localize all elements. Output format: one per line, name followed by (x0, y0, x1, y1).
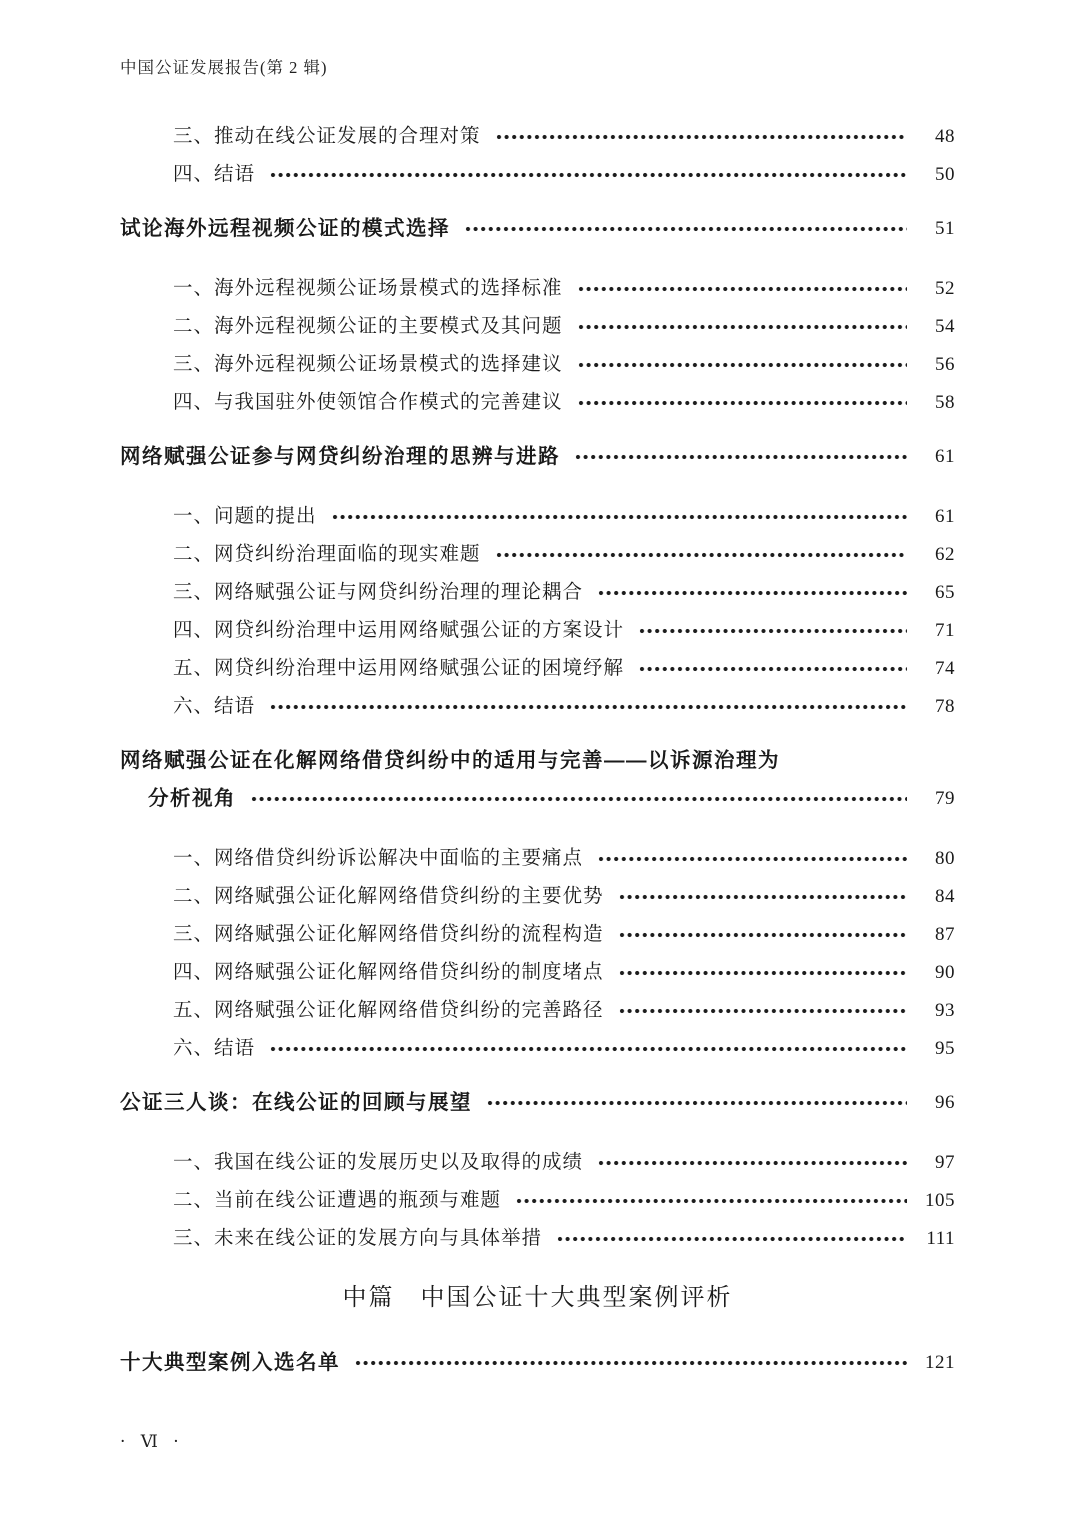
toc-entry-page: 90 (919, 954, 955, 992)
dot-leader (465, 226, 907, 232)
toc-entry-label: 五、网络赋强公证化解网络借贷纠纷的完善路径 (173, 992, 604, 1030)
toc-entry: 四、网贷纠纷治理中运用网络赋强公证的方案设计 71 (120, 612, 955, 650)
toc-entry: 四、结语 50 (120, 156, 955, 194)
toc-entry-page: 52 (919, 270, 955, 308)
toc-entry: 二、网络赋强公证化解网络借贷纠纷的主要优势 84 (120, 878, 955, 916)
toc-entry: 三、网络赋强公证与网贷纠纷治理的理论耦合 65 (120, 574, 955, 612)
toc-entry: 三、未来在线公证的发展方向与具体举措 111 (120, 1220, 955, 1258)
dot-leader (619, 1008, 907, 1014)
toc-entry-label: 二、网络赋强公证化解网络借贷纠纷的主要优势 (173, 878, 604, 916)
dot-leader (332, 514, 907, 520)
dot-leader (578, 286, 907, 292)
dot-leader (496, 134, 907, 140)
toc-entry: 三、推动在线公证发展的合理对策 48 (120, 118, 955, 156)
toc-entry: 六、结语 95 (120, 1030, 955, 1068)
dot-leader (578, 362, 907, 368)
toc-entry-page: 58 (919, 384, 955, 422)
toc-entry-page: 95 (919, 1030, 955, 1068)
toc-entry-page: 50 (919, 156, 955, 194)
toc-entry-label: 三、网络赋强公证与网贷纠纷治理的理论耦合 (173, 574, 583, 612)
toc-entry-label: 四、网络赋强公证化解网络借贷纠纷的制度堵点 (173, 954, 604, 992)
dot-leader (619, 932, 907, 938)
toc-entry: 四、与我国驻外使领馆合作模式的完善建议 58 (120, 384, 955, 422)
toc-entry: 二、网贷纠纷治理面临的现实难题 62 (120, 536, 955, 574)
dot-leader (557, 1236, 907, 1242)
toc-entry-page: 78 (919, 688, 955, 726)
toc-entry: 五、网贷纠纷治理中运用网络赋强公证的困境纾解 74 (120, 650, 955, 688)
toc-entry-label: 二、海外远程视频公证的主要模式及其问题 (173, 308, 563, 346)
dot-leader (496, 552, 907, 558)
toc-entry-page: 71 (919, 612, 955, 650)
toc-entry-label: 二、当前在线公证遭遇的瓶颈与难题 (173, 1182, 501, 1220)
toc-chapter-entry: 网络赋强公证参与网贷纠纷治理的思辨与进路 61 (120, 438, 955, 476)
dot-leader (578, 400, 907, 406)
dot-leader (270, 172, 907, 178)
running-header: 中国公证发展报告(第 2 辑) (120, 58, 955, 78)
toc-entry-page: 56 (919, 346, 955, 384)
dot-leader (619, 894, 907, 900)
toc-entry-label: 四、网贷纠纷治理中运用网络赋强公证的方案设计 (173, 612, 624, 650)
toc-entry-page: 96 (919, 1084, 955, 1122)
toc-entry: 三、网络赋强公证化解网络借贷纠纷的流程构造 87 (120, 916, 955, 954)
toc-entry-page: 51 (919, 210, 955, 248)
toc-entry: 一、问题的提出 61 (120, 498, 955, 536)
toc-entry-label: 一、我国在线公证的发展历史以及取得的成绩 (173, 1144, 583, 1182)
part-heading: 中篇 中国公证十大典型案例评析 (120, 1278, 955, 1318)
toc-chapter-entry: 十大典型案例入选名单 121 (120, 1344, 955, 1382)
toc-entry-page: 48 (919, 118, 955, 156)
toc-entry-page: 80 (919, 840, 955, 878)
toc-chapter-label: 试论海外远程视频公证的模式选择 (120, 210, 450, 248)
toc-entry-label: 一、网络借贷纠纷诉讼解决中面临的主要痛点 (173, 840, 583, 878)
dot-leader (598, 590, 907, 596)
dot-leader (598, 856, 907, 862)
toc-entry: 一、网络借贷纠纷诉讼解决中面临的主要痛点 80 (120, 840, 955, 878)
toc-chapter-label: 十大典型案例入选名单 (120, 1344, 340, 1382)
toc-entry-label: 三、推动在线公证发展的合理对策 (173, 118, 481, 156)
toc-entry-label: 五、网贷纠纷治理中运用网络赋强公证的困境纾解 (173, 650, 624, 688)
toc-entry-label: 三、网络赋强公证化解网络借贷纠纷的流程构造 (173, 916, 604, 954)
toc-entry-label: 一、问题的提出 (173, 498, 317, 536)
toc-entry-page: 93 (919, 992, 955, 1030)
toc-entry: 五、网络赋强公证化解网络借贷纠纷的完善路径 93 (120, 992, 955, 1030)
toc-entry-page: 65 (919, 574, 955, 612)
dot-leader (355, 1360, 907, 1366)
toc-page: 中国公证发展报告(第 2 辑) 三、推动在线公证发展的合理对策 48 四、结语 … (0, 0, 1080, 1533)
toc-entry-page: 62 (919, 536, 955, 574)
dot-leader (270, 1046, 907, 1052)
dot-leader (270, 704, 907, 710)
toc-entry: 一、海外远程视频公证场景模式的选择标准 52 (120, 270, 955, 308)
toc-entry-label: 四、结语 (173, 156, 255, 194)
toc-entry-label: 四、与我国驻外使领馆合作模式的完善建议 (173, 384, 563, 422)
toc-entry-page: 79 (919, 780, 955, 818)
toc-entry-page: 97 (919, 1144, 955, 1182)
toc-entry-label: 三、海外远程视频公证场景模式的选择建议 (173, 346, 563, 384)
toc-entry-label: 一、海外远程视频公证场景模式的选择标准 (173, 270, 563, 308)
toc-chapter-entry: 试论海外远程视频公证的模式选择 51 (120, 210, 955, 248)
toc-entry: 二、海外远程视频公证的主要模式及其问题 54 (120, 308, 955, 346)
toc-entry-page: 111 (919, 1220, 955, 1258)
toc-entry-page: 61 (919, 498, 955, 536)
toc-chapter-label: 分析视角 (148, 780, 236, 818)
page-number-footer: · Ⅵ · (120, 1432, 184, 1452)
dot-leader (578, 324, 907, 330)
dot-leader (487, 1100, 907, 1106)
toc-entry-page: 84 (919, 878, 955, 916)
toc-chapter-entry-line2: 分析视角 79 (120, 780, 955, 818)
toc-entry-page: 121 (919, 1344, 955, 1382)
toc-entry: 三、海外远程视频公证场景模式的选择建议 56 (120, 346, 955, 384)
toc-entry-page: 54 (919, 308, 955, 346)
toc-entry: 二、当前在线公证遭遇的瓶颈与难题 105 (120, 1182, 955, 1220)
toc-entry-page: 74 (919, 650, 955, 688)
dot-leader (251, 796, 907, 802)
toc-entry-label: 六、结语 (173, 1030, 255, 1068)
dot-leader (598, 1160, 907, 1166)
toc-chapter-label: 网络赋强公证参与网贷纠纷治理的思辨与进路 (120, 438, 560, 476)
dot-leader (575, 454, 907, 460)
toc-entry-page: 87 (919, 916, 955, 954)
table-of-contents: 三、推动在线公证发展的合理对策 48 四、结语 50 试论海外远程视频公证的模式… (120, 118, 955, 1382)
toc-chapter-label: 公证三人谈：在线公证的回顾与展望 (120, 1084, 472, 1122)
toc-chapter-entry-line1: 网络赋强公证在化解网络借贷纠纷中的适用与完善——以诉源治理为 (120, 742, 955, 780)
toc-entry-label: 二、网贷纠纷治理面临的现实难题 (173, 536, 481, 574)
toc-entry: 一、我国在线公证的发展历史以及取得的成绩 97 (120, 1144, 955, 1182)
dot-leader (639, 666, 907, 672)
toc-entry-label: 六、结语 (173, 688, 255, 726)
toc-entry: 六、结语 78 (120, 688, 955, 726)
dot-leader (619, 970, 907, 976)
toc-chapter-entry: 公证三人谈：在线公证的回顾与展望 96 (120, 1084, 955, 1122)
toc-entry-page: 105 (919, 1182, 955, 1220)
toc-entry-page: 61 (919, 438, 955, 476)
toc-entry: 四、网络赋强公证化解网络借贷纠纷的制度堵点 90 (120, 954, 955, 992)
dot-leader (516, 1198, 907, 1204)
toc-entry-label: 三、未来在线公证的发展方向与具体举措 (173, 1220, 542, 1258)
dot-leader (639, 628, 907, 634)
toc-chapter-label: 网络赋强公证在化解网络借贷纠纷中的适用与完善——以诉源治理为 (120, 742, 780, 780)
